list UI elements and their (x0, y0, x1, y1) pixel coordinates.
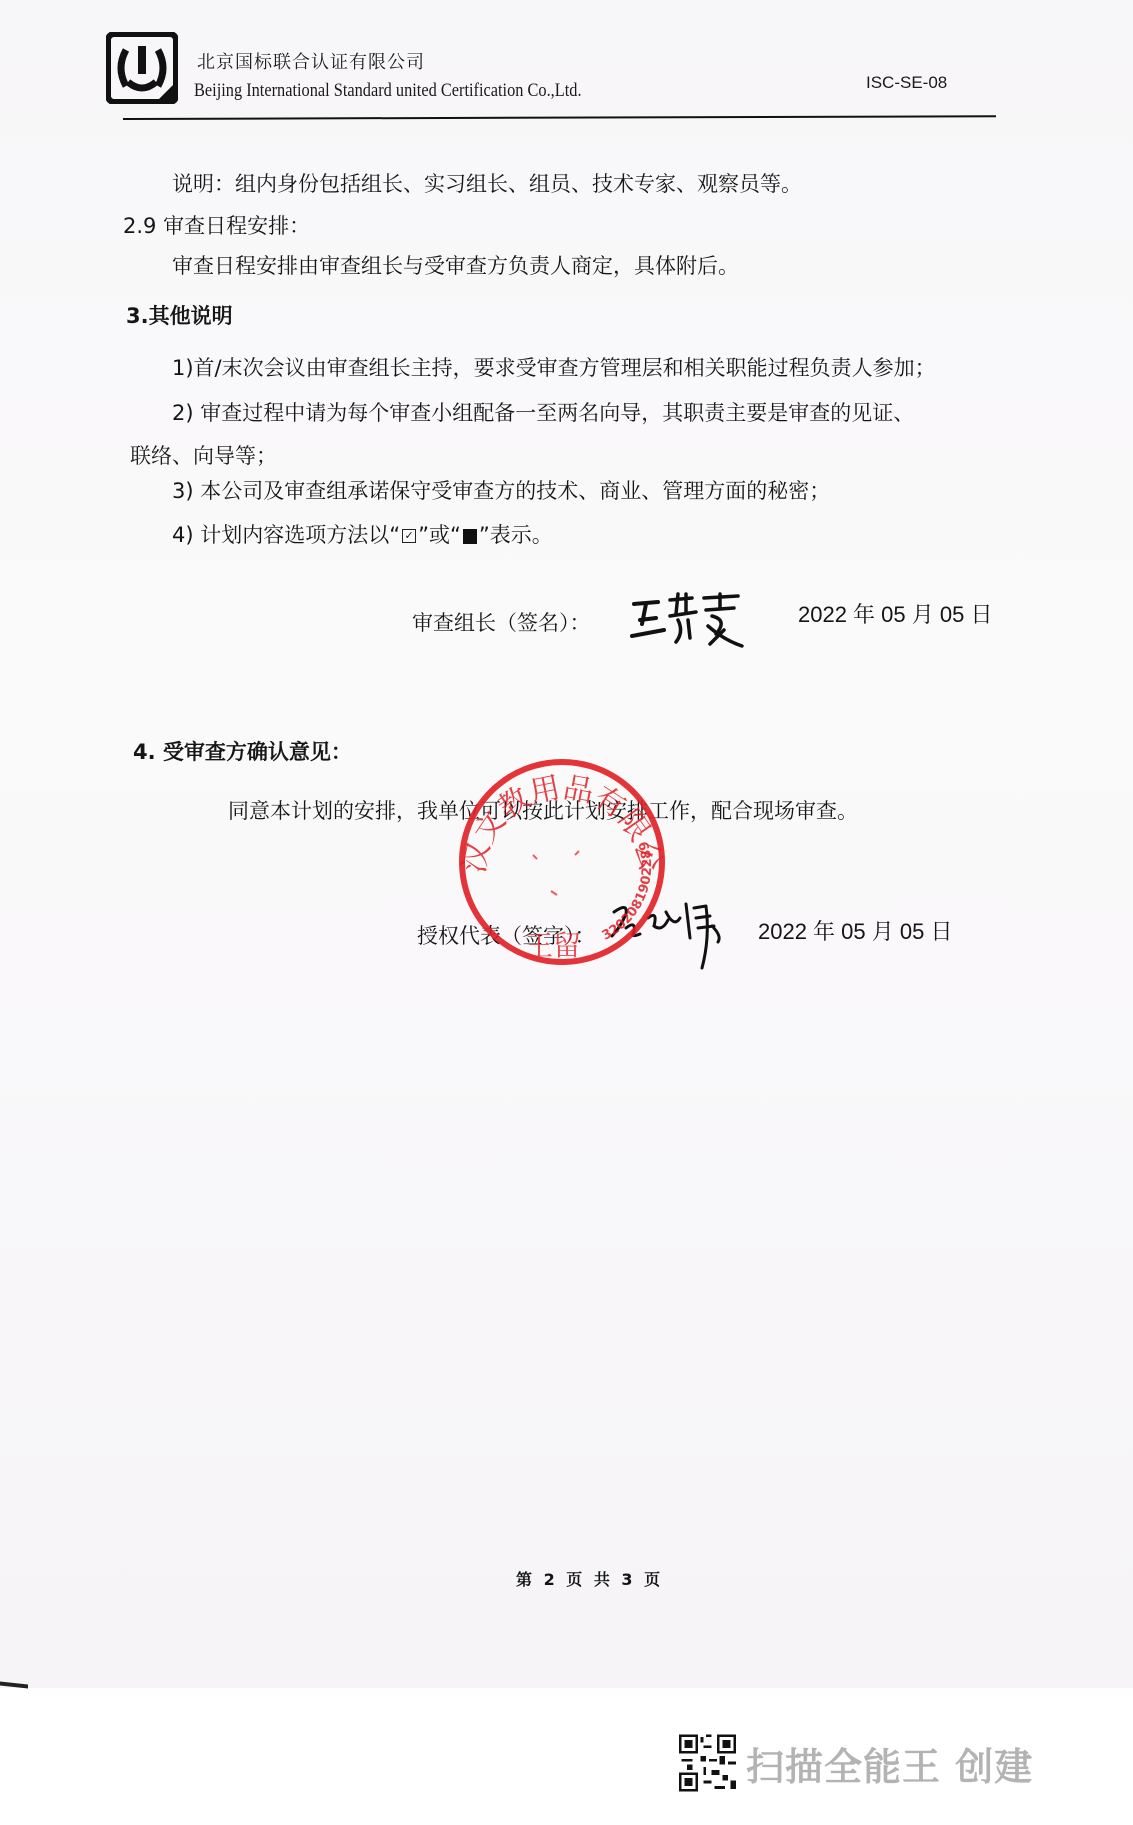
page-edge-shadow (0, 1682, 28, 1689)
item-4-mid: ”或“ (418, 523, 461, 547)
watermark-text: 扫描全能王 创建 (746, 1736, 1033, 1791)
qr-code-icon (679, 1733, 736, 1793)
item-4-suffix: ”表示。 (479, 523, 553, 547)
company-name-cn: 北京国标联合认证有限公司 (197, 48, 425, 74)
section-3-item-1: 1)首/末次会议由审查组长主持，要求受审查方管理层和相关职能过程负责人参加； (172, 352, 936, 382)
section-3-item-4: 4) 计划内容选项方法以“✓”或“”表示。 (172, 519, 553, 549)
section-3-item-2-cont: 联络、向导等； (130, 440, 277, 470)
rep-sign-date: 2022 年 05 月 05 日 (758, 915, 952, 946)
scanned-page: 北京国标联合认证有限公司 Beijing International Stand… (0, 0, 1133, 1688)
scanner-watermark: 扫描全能王 创建 (679, 1733, 1033, 1793)
page-number: 第 2 页 共 3 页 (516, 1567, 663, 1590)
document-code: ISC-SE-08 (866, 73, 947, 93)
svg-text:汉文教用品有限公司: 汉文教用品有限公司 (455, 755, 668, 876)
leader-sign-date: 2022 年 05 月 05 日 (798, 598, 992, 629)
header-divider (123, 115, 996, 120)
item-4-prefix: 4) 计划内容选项方法以“ (172, 523, 400, 547)
section-3-item-3: 3) 本公司及审查组承诺保守受审查方的技术、商业、管理方面的秘密； (172, 475, 830, 505)
leader-sign-label: 审查组长（签名）： (412, 607, 591, 637)
section-2-9-title: 2.9 审查日程安排： (123, 210, 310, 240)
svg-text:3202081902289: 3202081902289 (600, 839, 656, 943)
filled-square-icon (463, 529, 477, 544)
checkbox-checked-icon: ✓ (402, 529, 416, 543)
leader-signature (628, 590, 748, 650)
section-4-title: 4. 受审查方确认意见： (133, 736, 352, 766)
section-3-title: 3.其他说明 (126, 300, 233, 330)
roles-note: 说明：组内身份包括组长、实习组长、组员、技术专家、观察员等。 (172, 168, 802, 198)
section-2-9-body: 审查日程安排由审查组长与受审查方负责人商定，具体附后。 (172, 250, 739, 280)
section-3-item-2: 2) 审查过程中请为每个审查小组配备一至两名向导，其职责主要是审查的见证、 (172, 397, 914, 427)
company-logo-icon (106, 32, 178, 104)
company-seal-stamp: 汉文教用品有限公司 3202081902289 王留 (455, 755, 670, 970)
svg-text:王留: 王留 (525, 929, 581, 962)
company-name-en: Beijing International Standard united Ce… (194, 80, 582, 102)
